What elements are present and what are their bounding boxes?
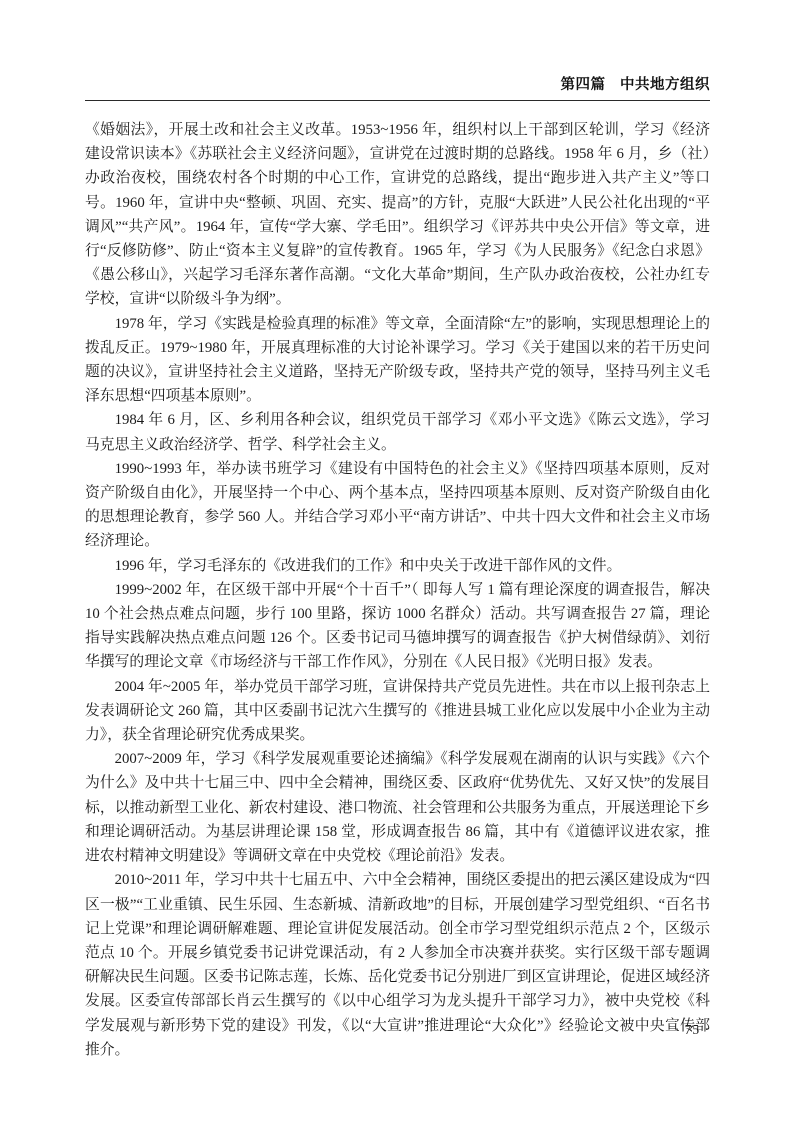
section-title: 中共地方组织 <box>620 77 710 93</box>
body-paragraph: 1990~1993 年，举办读书班学习《建设有中国特色的社会主义》《坚持四项基本… <box>85 457 710 554</box>
body-text: 《婚姻法》，开展土改和社会主义改革。1953~1956 年，组织村以上干部到区轮… <box>85 118 710 1062</box>
body-paragraph: 1984 年 6 月，区、乡利用各种会议，组织党员干部学习《邓小平文选》《陈云文… <box>85 408 710 456</box>
document-page: 第四篇中共地方组织 《婚姻法》，开展土改和社会主义改革。1953~1956 年，… <box>0 0 793 1122</box>
body-paragraph: 2007~2009 年，学习《科学发展观重要论述摘编》《科学发展观在湖南的认识与… <box>85 747 710 868</box>
page-number: · 75 · <box>85 1022 710 1038</box>
header-rule <box>85 100 710 101</box>
part-label: 第四篇 <box>561 77 606 93</box>
running-header: 第四篇中共地方组织 <box>85 73 710 94</box>
body-paragraph: 1999~2002 年，在区级干部中开展“个十百千”（ 即每人写 1 篇有理论深… <box>85 578 710 675</box>
body-paragraph: 2004 年~2005 年，举办党员干部学习班，宣讲保持共产党员先进性。共在市以… <box>85 675 710 748</box>
body-paragraph: 1996 年，学习毛泽东的《改进我们的工作》和中央关于改进干部作风的文件。 <box>85 554 710 578</box>
body-paragraph: 1978 年，学习《实践是检验真理的标准》等文章，全面清除“左”的影响，实现思想… <box>85 312 710 409</box>
body-paragraph: 《婚姻法》，开展土改和社会主义改革。1953~1956 年，组织村以上干部到区轮… <box>85 118 710 312</box>
